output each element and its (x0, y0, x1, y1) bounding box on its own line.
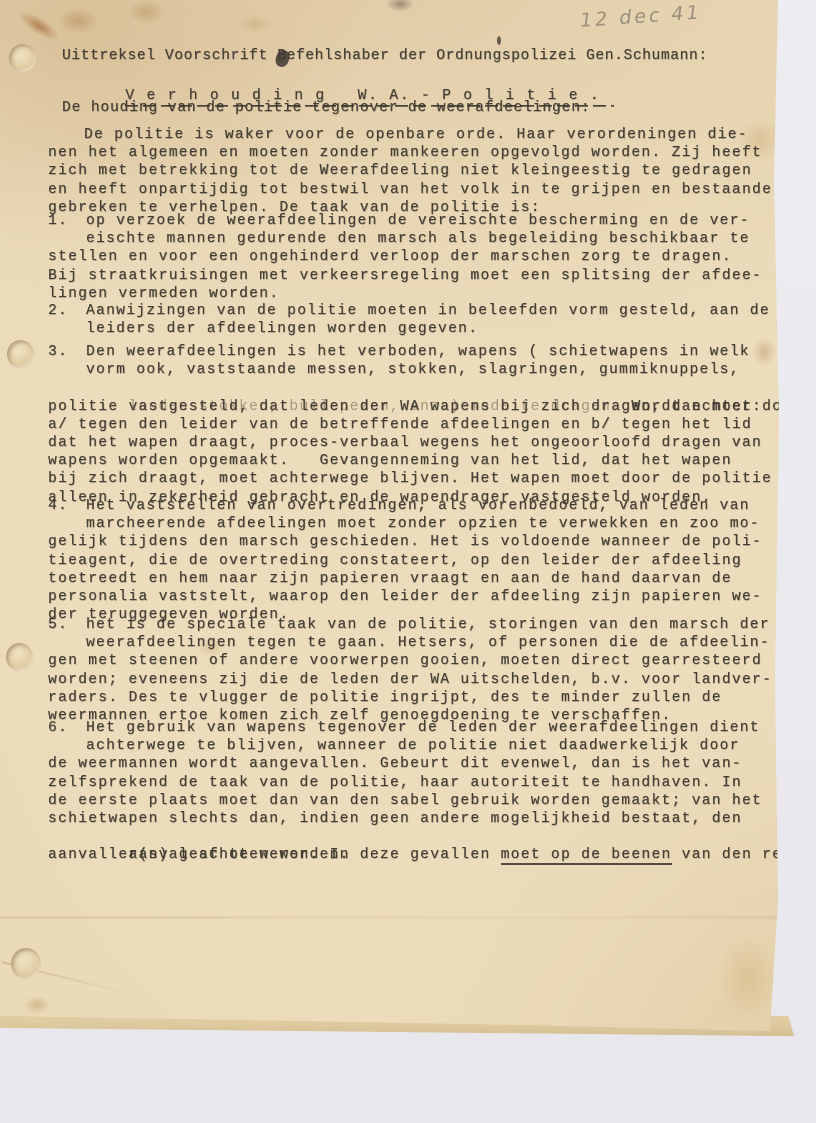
text-line: de weermannen wordt aangevallen. Gebeurt… (48, 755, 812, 773)
text-line: Het gebruik van wapens tegenover de lede… (86, 719, 812, 737)
text-segment: van den resp. (672, 847, 813, 863)
punch-hole (11, 948, 41, 979)
text-line: toetreedt en hem naar zijn papieren vraa… (48, 570, 762, 588)
numbered-item-2: 2. Aanwijzingen van de politie moeten in… (86, 302, 770, 338)
punch-hole (6, 643, 33, 671)
text-line: gen met steenen of andere voorwerpen goo… (48, 652, 772, 670)
text-line: lingen vermeden worden. (48, 285, 762, 303)
intro-paragraph: De politie is waker voor de openbare ord… (48, 126, 772, 217)
ink-speck (497, 36, 501, 45)
stain (716, 936, 780, 1022)
text-line: op verzoek de weerafdeelingen de vereisc… (86, 212, 762, 230)
item-number: 1. (48, 212, 68, 230)
text-line: zich met betrekking tot de Weerafdeeling… (48, 162, 772, 180)
text-line: de eerste plaats moet dan van den sabel … (48, 792, 812, 810)
text-line: nen het algemeen en moeten zonder mankee… (48, 144, 772, 162)
text-line: looden stokken, bullepezen, enz.) mede t… (48, 379, 816, 397)
text-line: weerafdeelingen tegen te gaan. Hetsers, … (86, 634, 772, 652)
stain (58, 8, 98, 34)
text-line: personalia vaststelt, waarop den leider … (48, 588, 762, 606)
text-line: achterwege te blijven, wanneer de politi… (86, 737, 812, 755)
document-title: Uittreksel Voorschrift Befehlshaber der … (62, 48, 708, 64)
stain (240, 14, 270, 34)
item-number: 5. (48, 616, 68, 634)
document-page: 12 dec 41 Uittreksel Voorschrift Befehls… (0, 0, 816, 1123)
text-line: bij zich draagt, moet achterwege blijven… (48, 470, 816, 488)
item-number: 2. (48, 302, 68, 320)
text-line: raders. Des te vlugger de politie ingrij… (48, 689, 772, 707)
text-line: wapens worden opgemaakt. Gevangenneming … (48, 452, 816, 470)
text-line: Bij straatkruisingen met verkeersregelin… (48, 267, 762, 285)
stain (24, 996, 50, 1014)
text-line: leiders der afdeelingen worden gegeven. (86, 320, 770, 338)
text-line: vorm ook, vaststaande messen, stokken, s… (86, 361, 816, 379)
numbered-item-4: 4. Het vaststellen van overtredingen, al… (86, 497, 762, 624)
item-number: 4. (48, 497, 68, 515)
text-line: De politie is waker voor de openbare ord… (48, 126, 772, 144)
text-line: politie vastgesteld, dat leden der WA wa… (48, 398, 816, 416)
text-line: marcheerende afdeelingen moet zonder opz… (86, 515, 762, 533)
smudge (386, 0, 414, 12)
underlined-phrase: moet op de beenen (501, 847, 672, 865)
text-line: aanval af te weren. In deze gevallen moe… (48, 828, 812, 846)
text-line: zelfsprekend de taak van de politie, haa… (48, 774, 812, 792)
numbered-item-3: 3. Den weerafdeelingen is het verboden, … (86, 343, 816, 507)
numbered-item-5: 5. het is de speciale taak van de politi… (86, 616, 772, 725)
text-line: het is de speciale taak van de politie, … (86, 616, 772, 634)
punch-hole (9, 44, 36, 72)
rust-stain (15, 7, 62, 45)
handwritten-date: 12 dec 41 (579, 0, 750, 32)
text-line: Aanwijzingen van de politie moeten in be… (86, 302, 770, 320)
stain (128, 0, 164, 24)
section-heading: De houding van de politie tegenover de w… (62, 100, 590, 116)
text-line: a/ tegen den leider van de betreffende a… (48, 416, 816, 434)
text-line: stellen en voor een ongehinderd verloop … (48, 248, 762, 266)
item-number: 3. (48, 343, 68, 361)
numbered-item-6: 6. Het gebruik van wapens tegenover de l… (86, 719, 812, 865)
text-line: gelijk tijdens den marsch geschieden. He… (48, 533, 762, 551)
text-line: en heeft onpartijdig tot bestwil van het… (48, 181, 772, 199)
text-line: Het vaststellen van overtredingen, als v… (86, 497, 762, 515)
text-line: worden; eveneens zij die de leden der WA… (48, 671, 772, 689)
text-line: dat het wapen draagt, proces-verbaal weg… (48, 434, 816, 452)
text-line: schietwapen slechts dan, indien geen and… (48, 810, 812, 828)
item-number: 6. (48, 719, 68, 737)
text-line: tieagent, die de overtreding constateert… (48, 552, 762, 570)
crease-line (0, 916, 780, 919)
text-line: eischte mannen gedurende den marsch als … (86, 230, 762, 248)
scanned-document: 12 dec 41 Uittreksel Voorschrift Befehls… (0, 0, 816, 1123)
text-line: Den weerafdeelingen is het verboden, wap… (86, 343, 816, 361)
punch-hole (7, 340, 34, 368)
numbered-item-1: 1. op verzoek de weerafdeelingen de vere… (86, 212, 762, 303)
